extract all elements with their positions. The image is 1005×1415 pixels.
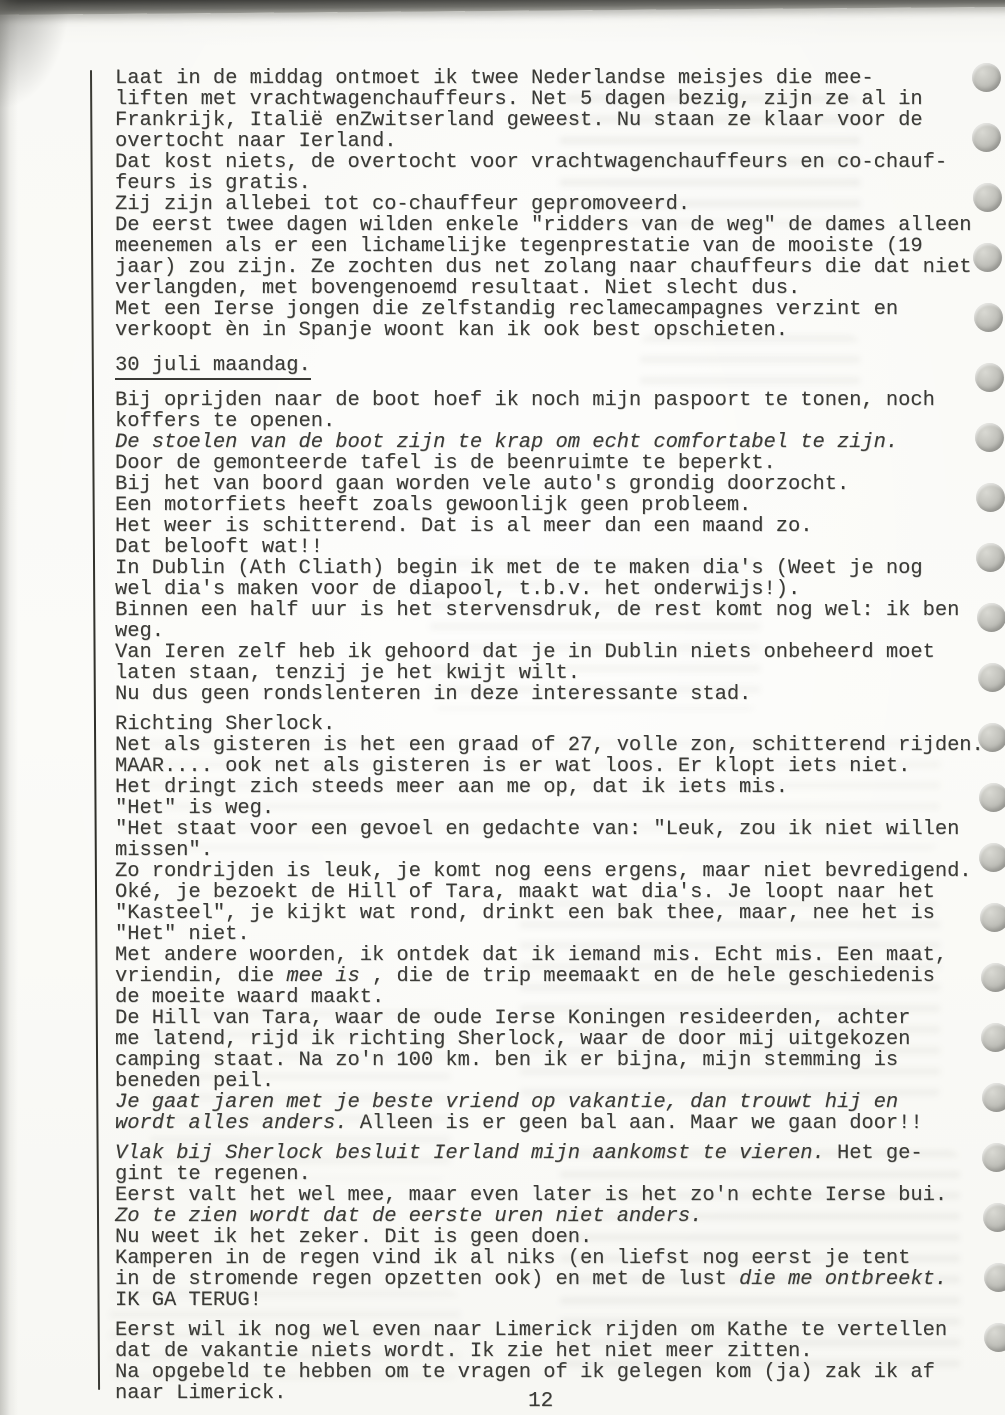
binder-hole <box>982 1143 1005 1172</box>
text-line: Bij oprijden naar de boot hoef ik noch m… <box>115 390 997 411</box>
text-line: MAAR.... ook net als gisteren is er wat … <box>115 756 997 777</box>
text-line: missen". <box>115 840 997 861</box>
text-line: Een motorfiets heeft zoals gewoonlijk ge… <box>115 495 997 516</box>
text-line: Zij zijn allebei tot co-chauffeur geprom… <box>115 194 997 215</box>
text-line: "Het" niet. <box>115 924 997 945</box>
paragraph: Bij oprijden naar de boot hoef ik noch m… <box>115 390 997 705</box>
text-line: De stoelen van de boot zijn te krap om e… <box>115 432 997 453</box>
text-line: in de stromende regen opzetten ook) en m… <box>115 1269 997 1290</box>
text-line: Met andere woorden, ik ontdek dat ik iem… <box>115 945 997 966</box>
binder-hole <box>984 1263 1005 1292</box>
binder-hole <box>978 723 1005 752</box>
text-line: overtocht naar Ierland. <box>115 131 997 152</box>
text-line: Eerst valt het wel mee, maar even later … <box>115 1185 997 1206</box>
text-line: Binnen een half uur is het stervensdruk,… <box>115 600 997 621</box>
text-line: Vlak bij Sherlock besluit Ierland mijn a… <box>115 1143 997 1164</box>
binder-hole <box>977 603 1005 632</box>
text-line: Het weer is schitterend. Dat is al meer … <box>115 516 997 537</box>
text-line: Je gaat jaren met je beste vriend op vak… <box>115 1092 997 1113</box>
section-heading: 30 juli maandag. <box>115 355 997 376</box>
text-line: meenemen als er een lichamelijke tegenpr… <box>115 236 997 257</box>
text-line: dat de vakantie niets wordt. Ik zie het … <box>115 1341 997 1362</box>
text-line: de moeite waard maakt. <box>115 987 997 1008</box>
paragraph: Richting Sherlock.Net als gisteren is he… <box>115 714 997 1134</box>
text-line: Van Ieren zelf heb ik gehoord dat je in … <box>115 642 997 663</box>
text-line: Kamperen in de regen vind ik al niks (en… <box>115 1248 997 1269</box>
text-line: Richting Sherlock. <box>115 714 997 735</box>
text-line: feurs is gratis. <box>115 173 997 194</box>
binder-hole <box>979 843 1005 872</box>
binder-hole <box>984 1323 1005 1352</box>
text-line: wel dia's maken voor de diapool, t.b.v. … <box>115 579 997 600</box>
binder-hole <box>973 183 1002 212</box>
text-line: vriendin, die mee is , die de trip meema… <box>115 966 997 987</box>
text-line: Zo te zien wordt dat de eerste uren niet… <box>115 1206 997 1227</box>
binder-hole <box>983 1203 1005 1232</box>
text-line: Het dringt zich steeds meer aan me op, d… <box>115 777 997 798</box>
text-line: De Hill van Tara, waar de oude Ierse Kon… <box>115 1008 997 1029</box>
binder-hole <box>979 783 1005 812</box>
text-line: Oké, je bezoekt de Hill of Tara, maakt w… <box>115 882 997 903</box>
text-line: Dat kost niets, de overtocht voor vracht… <box>115 152 997 173</box>
text-line: liften met vrachtwagenchauffeurs. Net 5 … <box>115 89 997 110</box>
text-line: "Het staat voor een gevoel en gedachte v… <box>115 819 997 840</box>
text-line: beneden peil. <box>115 1071 997 1092</box>
text-line: koffers te openen. <box>115 411 997 432</box>
binder-hole <box>972 63 1001 92</box>
page-number: 12 <box>528 1390 553 1413</box>
text-line: verkoopt èn in Spanje woont kan ik ook b… <box>115 320 997 341</box>
binder-hole <box>974 303 1003 332</box>
text-line: In Dublin (Ath Cliath) begin ik met de t… <box>115 558 997 579</box>
text-line: 30 juli maandag. <box>115 355 997 376</box>
text-line: Na opgebeld te hebben om te vragen of ik… <box>115 1362 997 1383</box>
text-column: Laat in de middag ontmoet ik twee Nederl… <box>115 68 997 1404</box>
text-line: "Het" is weg. <box>115 798 997 819</box>
binder-hole <box>975 423 1004 452</box>
text-line: De eerst twee dagen wilden enkele "ridde… <box>115 215 997 236</box>
binder-hole <box>976 483 1005 512</box>
scan-left-edge <box>0 0 18 1415</box>
text-line: Nu weet ik het zeker. Dit is geen doen. <box>115 1227 997 1248</box>
text-line: verlangden, met bovengenoemd resultaat. … <box>115 278 997 299</box>
text-line: weg. <box>115 621 997 642</box>
text-line: Laat in de middag ontmoet ik twee Nederl… <box>115 68 997 89</box>
text-line: wordt alles anders. Alleen is er geen ba… <box>115 1113 997 1134</box>
text-line: Nu dus geen rondslenteren in deze intere… <box>115 684 997 705</box>
binder-hole <box>972 123 1001 152</box>
scan-corner-shadow <box>0 0 70 110</box>
binder-hole <box>982 1083 1005 1112</box>
text-line: Eerst wil ik nog wel even naar Limerick … <box>115 1320 997 1341</box>
text-line: Dat belooft wat!! <box>115 537 997 558</box>
text-line: Zo rondrijden is leuk, je komt nog eens … <box>115 861 997 882</box>
text-line: Net als gisteren is het een graad of 27,… <box>115 735 997 756</box>
text-line: Bij het van boord gaan worden vele auto'… <box>115 474 997 495</box>
text-line: me latend, rijd ik richting Sherlock, wa… <box>115 1029 997 1050</box>
binder-hole <box>978 663 1005 692</box>
text-line: "Kasteel", je kijkt wat rond, drinkt een… <box>115 903 997 924</box>
binder-hole <box>980 903 1005 932</box>
text-line: naar Limerick. <box>115 1383 997 1404</box>
text-line: Frankrijk, Italië enZwitserland geweest.… <box>115 110 997 131</box>
binder-hole <box>976 543 1005 572</box>
binder-hole <box>981 1023 1005 1052</box>
binder-hole <box>973 243 1002 272</box>
binder-hole <box>975 363 1004 392</box>
paragraph: Vlak bij Sherlock besluit Ierland mijn a… <box>115 1143 997 1311</box>
text-line: gint te regenen. <box>115 1164 997 1185</box>
text-line: Met een Ierse jongen die zelfstandig rec… <box>115 299 997 320</box>
text-line: laten staan, tenzij je het kwijt wilt. <box>115 663 997 684</box>
text-line: camping staat. Na zo'n 100 km. ben ik er… <box>115 1050 997 1071</box>
paragraph: Laat in de middag ontmoet ik twee Nederl… <box>115 68 997 341</box>
text-line: jaar) zou zijn. Ze zochten dus net zolan… <box>115 257 997 278</box>
binder-hole <box>981 963 1005 992</box>
text-line: IK GA TERUG! <box>115 1290 997 1311</box>
text-line: Door de gemonteerde tafel is de beenruim… <box>115 453 997 474</box>
paragraph: Eerst wil ik nog wel even naar Limerick … <box>115 1320 997 1404</box>
